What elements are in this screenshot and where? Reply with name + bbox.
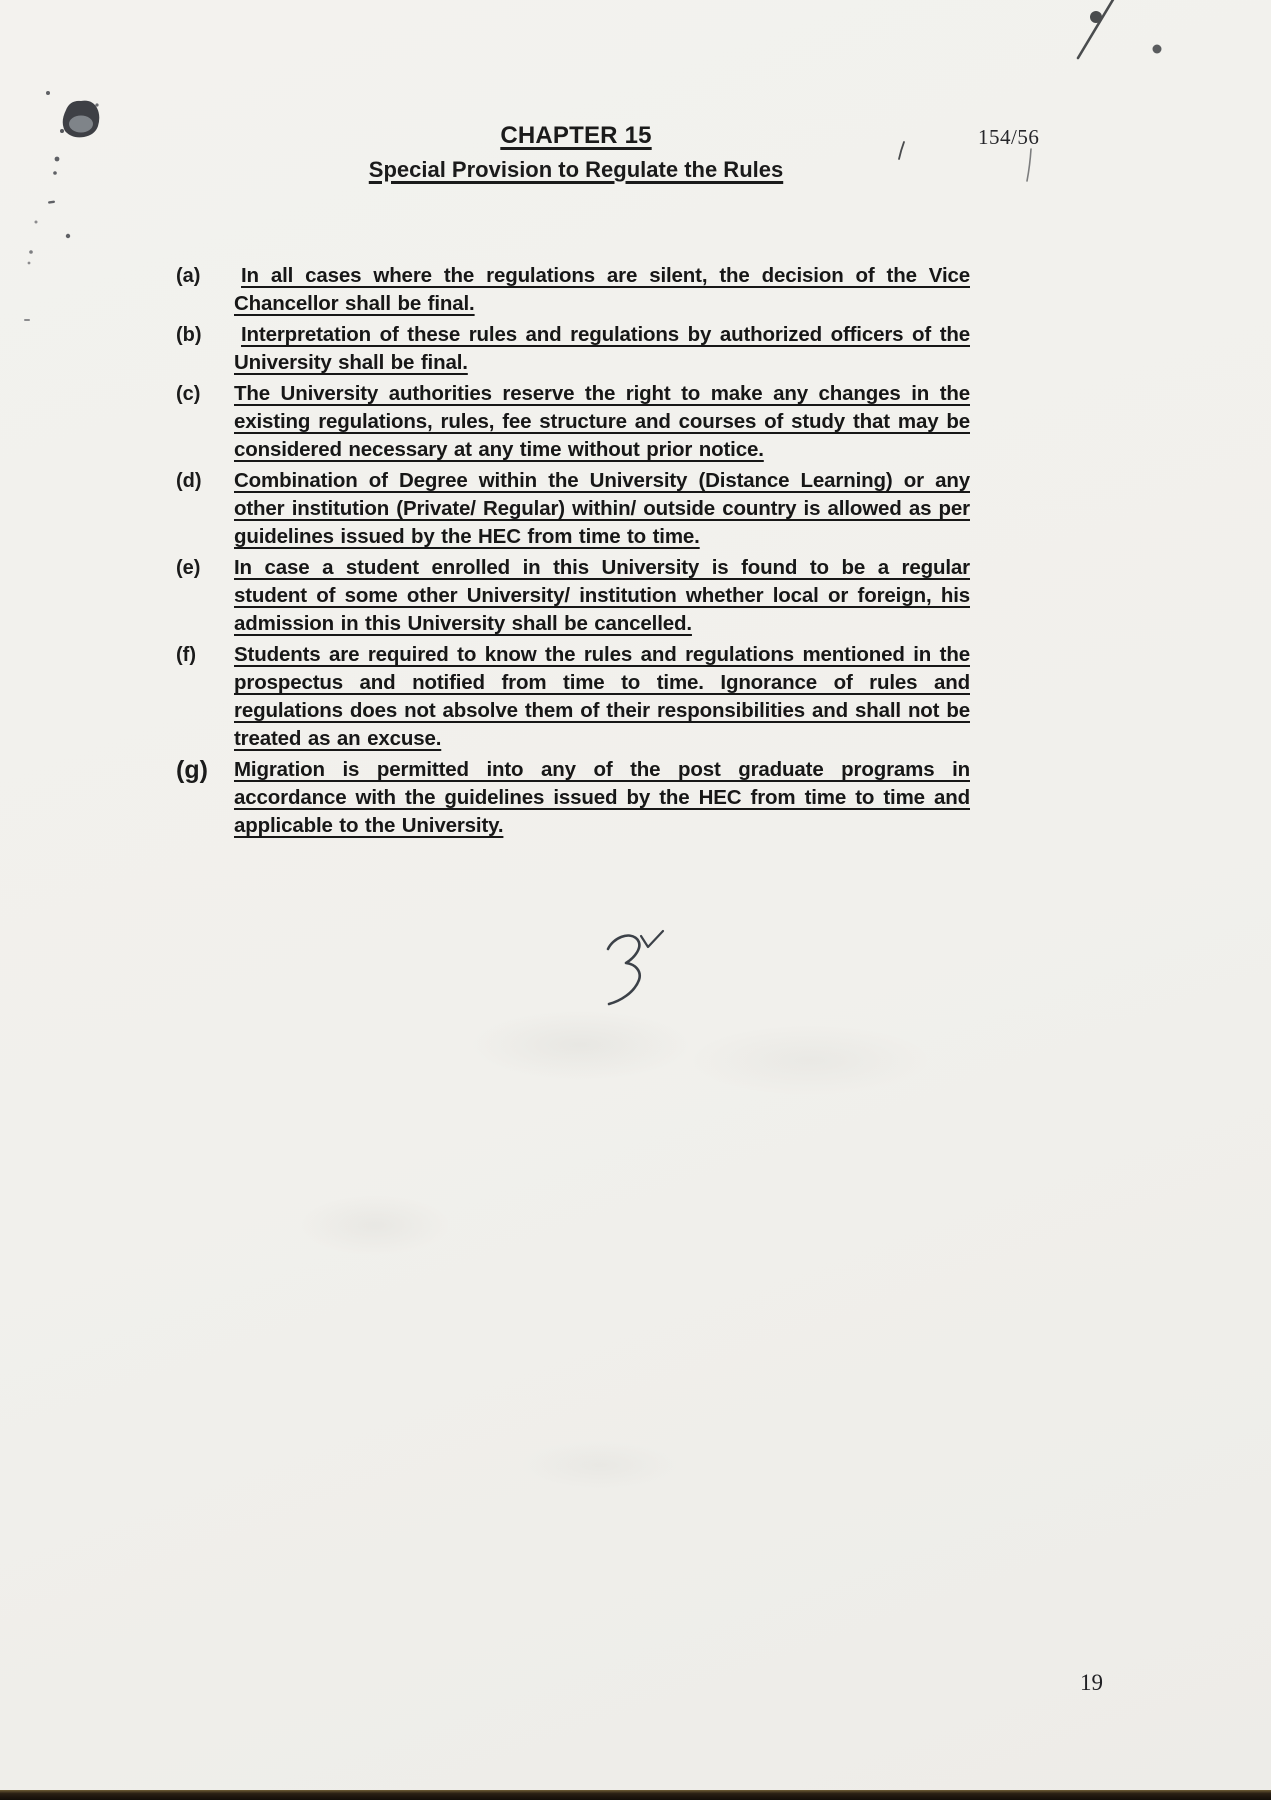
rule-label: (a) [176, 262, 234, 318]
page-stamp: 154/56 [978, 125, 1039, 150]
rule-item-a: (a) In all cases where the regulations a… [176, 262, 970, 318]
scan-smudge [300, 1195, 450, 1255]
rule-label: (d) [176, 467, 234, 551]
scan-smudge [470, 1010, 690, 1080]
rules-list: (a) In all cases where the regulations a… [176, 262, 970, 843]
rule-label: (e) [176, 554, 234, 638]
rule-text: In case a student enrolled in this Unive… [234, 554, 970, 638]
ink-blot [60, 101, 99, 138]
rule-text: Combination of Degree within the Univers… [234, 467, 970, 551]
rule-item-e: (e) In case a student enrolled in this U… [176, 554, 970, 638]
pen-mark [899, 0, 1162, 181]
rule-text: In all cases where the regulations are s… [234, 262, 970, 318]
chapter-title: CHAPTER 15 [176, 122, 976, 150]
rule-label: (b) [176, 321, 234, 377]
handwritten-mark [608, 931, 663, 1004]
rule-item-d: (d) Combination of Degree within the Uni… [176, 467, 970, 551]
rule-item-f: (f) Students are required to know the ru… [176, 641, 970, 753]
rule-text: Students are required to know the rules … [234, 641, 970, 753]
rule-item-b: (b) Interpretation of these rules and re… [176, 321, 970, 377]
rule-item-g: (g) Migration is permitted into any of t… [176, 756, 970, 840]
rule-item-c: (c) The University authorities reserve t… [176, 380, 970, 464]
page-number: 19 [1080, 1670, 1103, 1696]
rule-label: (f) [176, 641, 234, 753]
rule-text: The University authorities reserve the r… [234, 380, 970, 464]
rule-text: Interpretation of these rules and regula… [234, 321, 970, 377]
scan-smudge [690, 1025, 930, 1095]
scan-smudge [520, 1440, 680, 1490]
rule-label: (g) [176, 756, 234, 840]
rule-text: Migration is permitted into any of the p… [234, 756, 970, 840]
scanned-document-page: CHAPTER 15 154/56 Special Provision to R… [0, 0, 1271, 1800]
rule-label: (c) [176, 380, 234, 464]
scan-edge-bar [0, 1790, 1271, 1800]
margin-specks [24, 91, 70, 321]
page-subtitle: Special Provision to Regulate the Rules [176, 157, 976, 183]
